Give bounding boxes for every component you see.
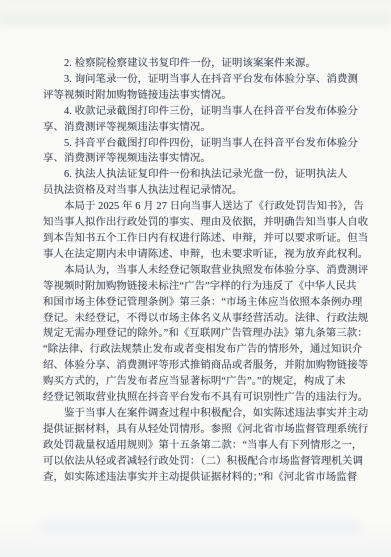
document-line: 事人在法定期内未申请陈述、申辩，也未要求听证，视为放弃此权利。	[43, 247, 373, 263]
document-line: 享、消费测评等视频违法事实情况。	[43, 120, 373, 136]
document-line: 到本告知书五个工作日内有权进行陈述、申辩，并可以要求听证。但当	[43, 231, 373, 247]
document-line: 可以依法从轻或者减轻行政处罚：（二）积极配合市场监督管理机关调	[43, 454, 373, 470]
document-line: 和国市场主体登记管理条例》第三条：“市场主体应当依照本条例办理	[43, 295, 373, 311]
document-line: 员执法资格及对当事人执法过程记录情况。	[43, 183, 373, 199]
document-line: 5. 抖音平台截图打印件四份，证明当事人在抖音平台发布体验分	[43, 136, 373, 152]
document-line: 知当事人拟作出行政处罚的事实、理由及依据，并明确告知当事人自收	[43, 215, 373, 231]
document-line: 鉴于当事人在案件调查过程中积极配合，如实陈述违法事实并主动	[43, 406, 373, 422]
document-line: 等视频时附加购物链接未标注“广告”字样的行为违反了《中华人民共	[43, 279, 373, 295]
document-line: 3. 询问笔录一份，证明当事人在抖音平台发布体验分享、消费测	[43, 72, 373, 88]
document-line: 2. 检察院检察建议书复印件一份，证明该案案件来源。	[43, 56, 373, 72]
document-line: 经登记领取营业执照在抖音平台发布不具有可识别性广告的违法行为。	[43, 390, 373, 406]
document-line: 购买方式的，广告发布者应当显著标明“广告”。”的规定，构成了未	[43, 374, 373, 390]
document-line: 4. 收款记录截图打印件三份，证明当事人在抖音平台发布体验分	[43, 104, 373, 120]
document-page: 2. 检察院检察建议书复印件一份，证明该案案件来源。3. 询问笔录一份，证明当事…	[0, 0, 391, 557]
document-line: 登记。未经登记，不得以市场主体名义从事经营活动。法律、行政法规	[43, 311, 373, 327]
document-line: 本局认为，当事人未经登记领取营业执照发布体验分享、消费测评	[43, 263, 373, 279]
document-line: “除法律、行政法规禁止发布或者变相发布广告的情形外，通过知识介	[43, 342, 373, 358]
scan-artifact-bottom-smudge	[42, 520, 360, 533]
document-line: 绍、体验分享、消费测评等形式推销商品或者服务，并附加购物链接等	[43, 358, 373, 374]
document-line: 政处罚裁量权适用规则》第十五条第二款：“当事人有下列情形之一，	[43, 438, 373, 454]
document-text-block: 2. 检察院检察建议书复印件一份，证明该案案件来源。3. 询问笔录一份，证明当事…	[43, 56, 373, 485]
document-line: 6. 执法人执法证复印件一份和执法记录光盘一份，证明执法人	[43, 167, 373, 183]
document-line: 本局于 2025 年 6 月 27 日向当事人送达了《行政处罚告知书》，告	[43, 199, 373, 215]
scan-artifact-top-band	[0, 13, 391, 26]
document-line: 查，如实陈述违法事实并主动提供证据材料的；”和《河北省市场监督	[43, 470, 373, 486]
document-line: 提供证据材料，具有从轻处罚情形。参照《河北省市场监督管理系统行	[43, 422, 373, 438]
document-line: 评等视频时附加购物链接违法事实情况。	[43, 88, 373, 104]
document-line: 享、消费测评等视频违法事实情况。	[43, 151, 373, 167]
document-line: 规定无需办理登记的除外。”和《互联网广告管理办法》第九条第三款：	[43, 326, 373, 342]
